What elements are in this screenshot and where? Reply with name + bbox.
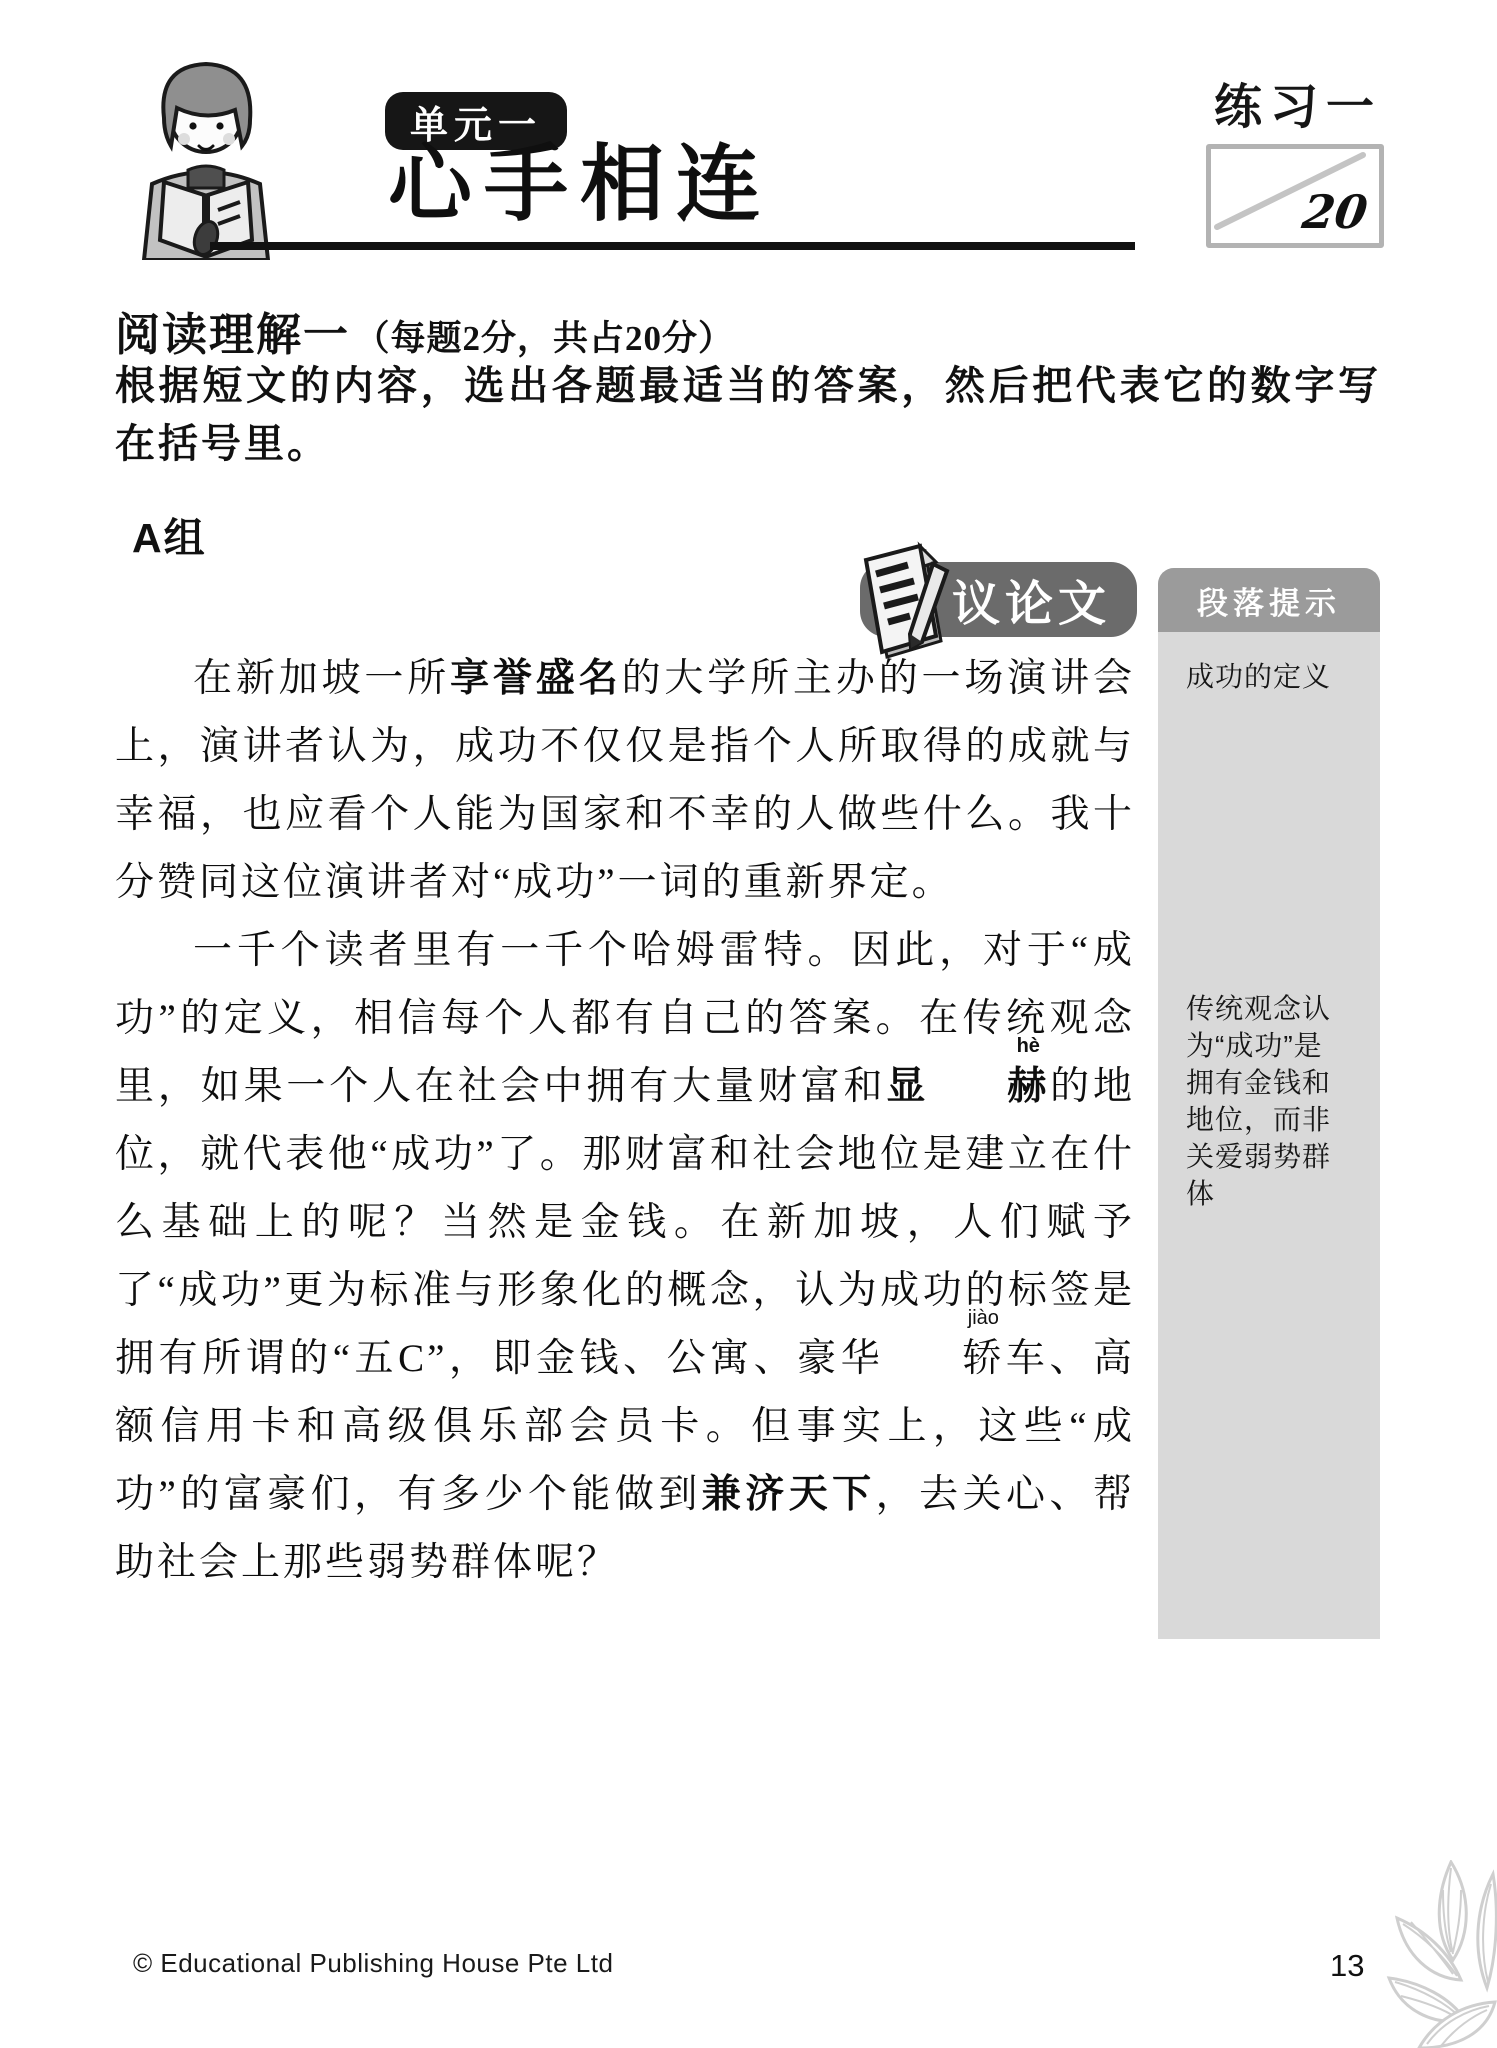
workbook-page: 单元一 心手相连 练习一 20 阅读理解一 （每题2分，共占20分） 根据短文的… (0, 0, 1497, 2048)
pinyin-annotated-char: hè赫 (929, 1053, 1049, 1121)
text-run: 在新加坡一所 (193, 657, 450, 700)
title-underline (210, 242, 1135, 250)
instructions-text: 根据短文的内容，选出各题最适当的答案，然后把代表它的数字写在括号里。 (115, 357, 1381, 473)
article-paragraph: 一千个读者里有一千个哈姆雷特。因此，对于“成功”的定义，相信每个人都有自己的答案… (115, 917, 1135, 1597)
group-label: A组 (132, 505, 207, 564)
pinyin-annotated-char: jiào轿 (884, 1325, 1004, 1393)
sidebar-paragraph-hints: 段落提示 成功的定义传统观念认为“成功”是拥有金钱和地位，而非关爱弱势群体 (1158, 568, 1380, 1639)
section-heading-title: 阅读理解一 (115, 309, 350, 360)
section-heading: 阅读理解一 （每题2分，共占20分） (115, 298, 734, 363)
sidebar-hint: 成功的定义 (1186, 658, 1361, 695)
bold-term: 兼济天下 (702, 1473, 876, 1516)
section-heading-note: （每题2分，共占20分） (354, 319, 734, 358)
sidebar-header: 段落提示 (1158, 568, 1380, 632)
article-paragraph: 在新加坡一所享誉盛名的大学所主办的一场演讲会上，演讲者认为，成功不仅仅是指个人所… (115, 645, 1135, 917)
page-number: 13 (1330, 1948, 1364, 1984)
unit-title: 心手相连 (388, 142, 772, 226)
bold-term: 显 (886, 1065, 929, 1108)
exercise-label: 练习一 (1214, 68, 1382, 137)
reader-icon (122, 52, 290, 260)
sidebar-hints: 成功的定义传统观念认为“成功”是拥有金钱和地位，而非关爱弱势群体 (1158, 632, 1380, 1639)
bold-term: 享誉盛名 (450, 657, 621, 700)
sidebar-hint: 传统观念认为“成功”是拥有金钱和地位，而非关爱弱势群体 (1186, 990, 1338, 1212)
genre-badge-label: 议论文 (952, 565, 1111, 634)
score-box: 20 (1206, 144, 1384, 248)
footer-copyright: © Educational Publishing House Pte Ltd (133, 1948, 613, 1979)
leaf-decoration-icon (1385, 1860, 1497, 2048)
article-body: 在新加坡一所享誉盛名的大学所主办的一场演讲会上，演讲者认为，成功不仅仅是指个人所… (115, 645, 1135, 1597)
score-total: 20 (1299, 185, 1371, 239)
